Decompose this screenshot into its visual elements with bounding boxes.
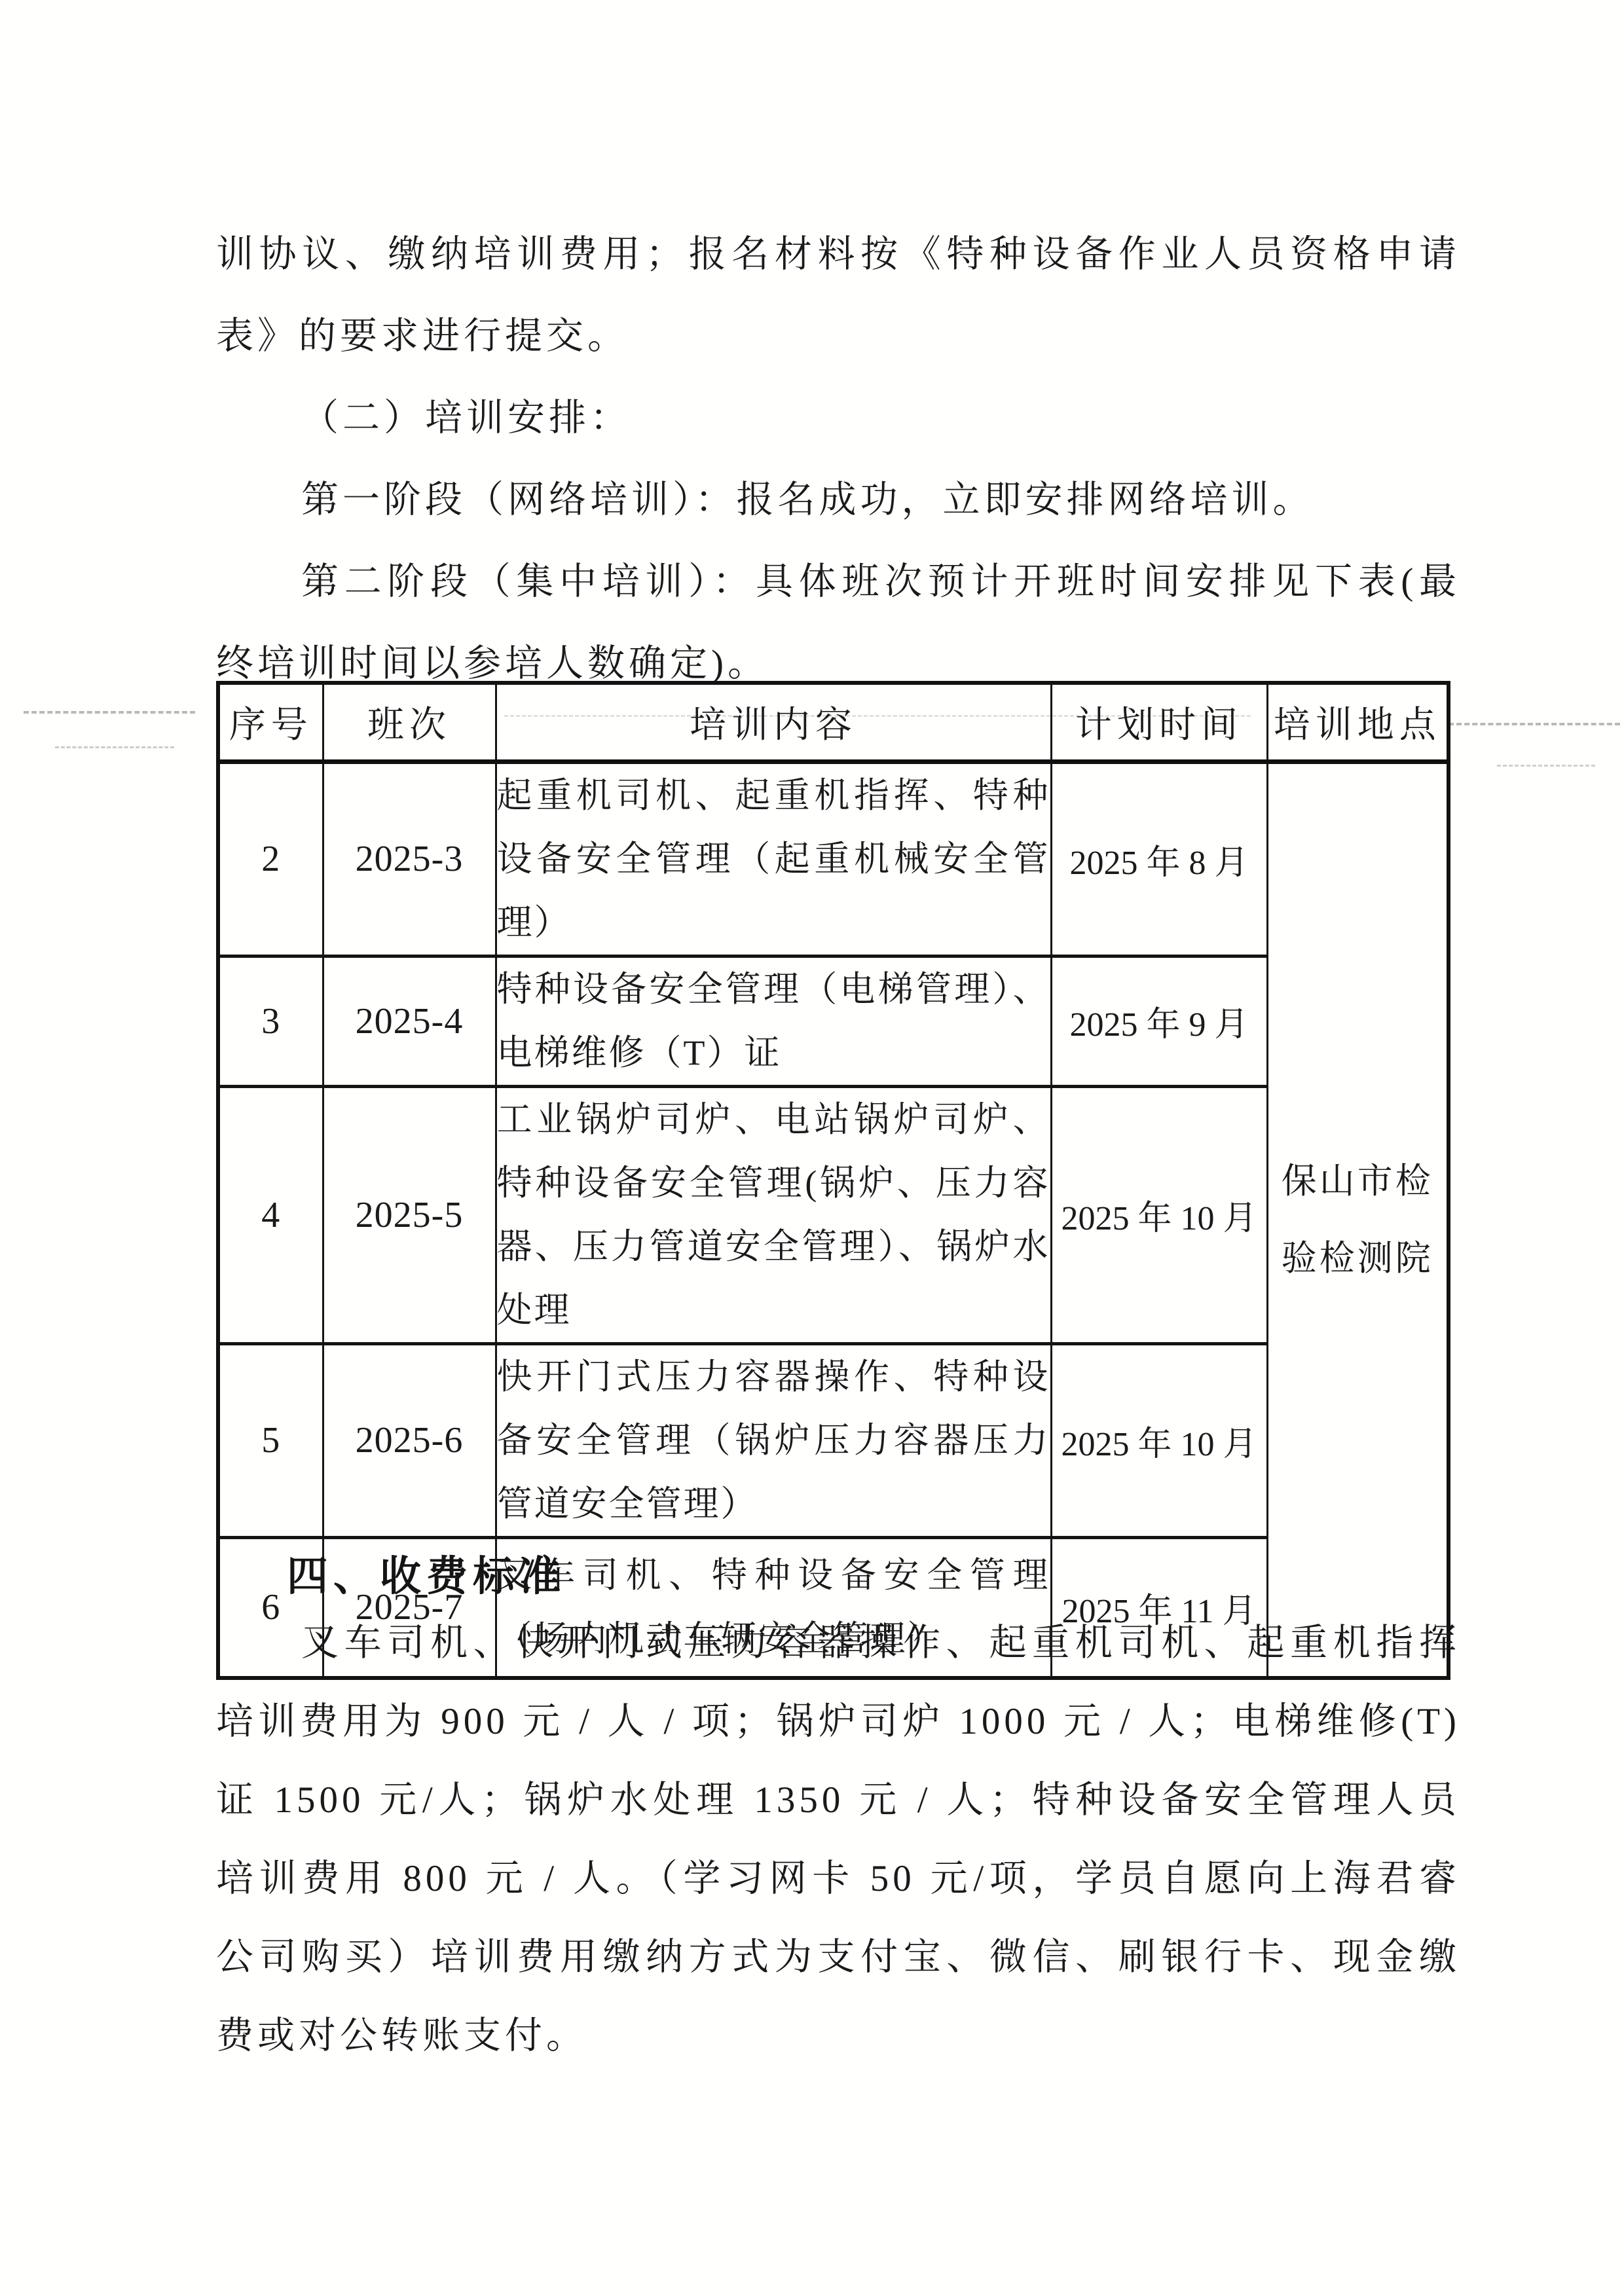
col-header-content: 培训内容	[496, 683, 1051, 761]
intro-line: 第二阶段（集中培训）：具体班次预计开班时间安排见下表(最	[216, 541, 1460, 623]
col-header-location: 培训地点	[1267, 683, 1449, 761]
content-cell: 特种设备安全管理（电梯管理）、电梯维修（T）证	[496, 956, 1051, 1086]
fee-line: 公司购买）培训费用缴纳方式为支付宝、微信、刷银行卡、现金缴	[216, 1918, 1460, 1997]
fees-paragraphs: 叉车司机、快开门式压力容器操作、起重机司机、起重机指挥 培训费用为 900 元 …	[216, 1604, 1460, 2075]
time-cell: 2025 年 10 月	[1051, 1343, 1267, 1537]
seq-cell: 4	[218, 1086, 323, 1343]
scan-artifact-line	[1449, 723, 1620, 725]
table-row: 2 2025-3 起重机司机、起重机指挥、特种设备安全管理（起重机械安全管理） …	[218, 761, 1449, 956]
class-cell: 2025-4	[323, 956, 496, 1086]
intro-line: （二）培训安排：	[216, 377, 1460, 459]
intro-line: 表》的要求进行提交。	[216, 295, 1460, 377]
fee-line: 培训费用 800 元 / 人。（学习网卡 50 元/项，学员自愿向上海君睿	[216, 1840, 1460, 1918]
intro-line: 训协议、缴纳培训费用；报名材料按《特种设备作业人员资格申请	[216, 213, 1460, 295]
col-header-time: 计划时间	[1051, 683, 1267, 761]
scan-artifact-line	[55, 746, 174, 748]
intro-line: 第一阶段（网络培训）：报名成功，立即安排网络培训。	[216, 459, 1460, 541]
fee-line: 叉车司机、快开门式压力容器操作、起重机司机、起重机指挥	[216, 1604, 1460, 1683]
intro-paragraphs: 训协议、缴纳培训费用；报名材料按《特种设备作业人员资格申请 表》的要求进行提交。…	[216, 213, 1460, 704]
class-cell: 2025-3	[323, 761, 496, 956]
seq-cell: 2	[218, 761, 323, 956]
seq-cell: 5	[218, 1343, 323, 1537]
training-schedule-table: 序号 班次 培训内容 计划时间 培训地点 2 2025-3 起重机司机、起重机指…	[216, 681, 1450, 1680]
fee-line: 证 1500 元/人；锅炉水处理 1350 元 / 人；特种设备安全管理人员	[216, 1761, 1460, 1840]
time-cell: 2025 年 8 月	[1051, 761, 1267, 956]
time-cell: 2025 年 10 月	[1051, 1086, 1267, 1343]
class-cell: 2025-5	[323, 1086, 496, 1343]
time-cell: 2025 年 9 月	[1051, 956, 1267, 1086]
content-cell: 快开门式压力容器操作、特种设备安全管理（锅炉压力容器压力管道安全管理）	[496, 1343, 1051, 1537]
table-row: 3 2025-4 特种设备安全管理（电梯管理）、电梯维修（T）证 2025 年 …	[218, 956, 1449, 1086]
table-row: 5 2025-6 快开门式压力容器操作、特种设备安全管理（锅炉压力容器压力管道安…	[218, 1343, 1449, 1537]
fees-section-heading: 四、收费标准	[216, 1540, 1460, 1613]
table-header-row: 序号 班次 培训内容 计划时间 培训地点	[218, 683, 1449, 761]
content-cell: 工业锅炉司炉、电站锅炉司炉、特种设备安全管理(锅炉、压力容器、压力管道安全管理）…	[496, 1086, 1051, 1343]
class-cell: 2025-6	[323, 1343, 496, 1537]
col-header-seq: 序号	[218, 683, 323, 761]
seq-cell: 3	[218, 956, 323, 1086]
scan-artifact-line	[1497, 765, 1595, 767]
table-row: 4 2025-5 工业锅炉司炉、电站锅炉司炉、特种设备安全管理(锅炉、压力容器、…	[218, 1086, 1449, 1343]
content-cell: 起重机司机、起重机指挥、特种设备安全管理（起重机械安全管理）	[496, 761, 1051, 956]
fee-line: 费或对公转账支付。	[216, 1997, 1460, 2075]
document-page: 训协议、缴纳培训费用；报名材料按《特种设备作业人员资格申请 表》的要求进行提交。…	[0, 0, 1624, 2296]
col-header-class: 班次	[323, 683, 496, 761]
fee-line: 培训费用为 900 元 / 人 / 项；锅炉司炉 1000 元 / 人；电梯维修…	[216, 1683, 1460, 1761]
scan-artifact-line	[24, 711, 195, 714]
